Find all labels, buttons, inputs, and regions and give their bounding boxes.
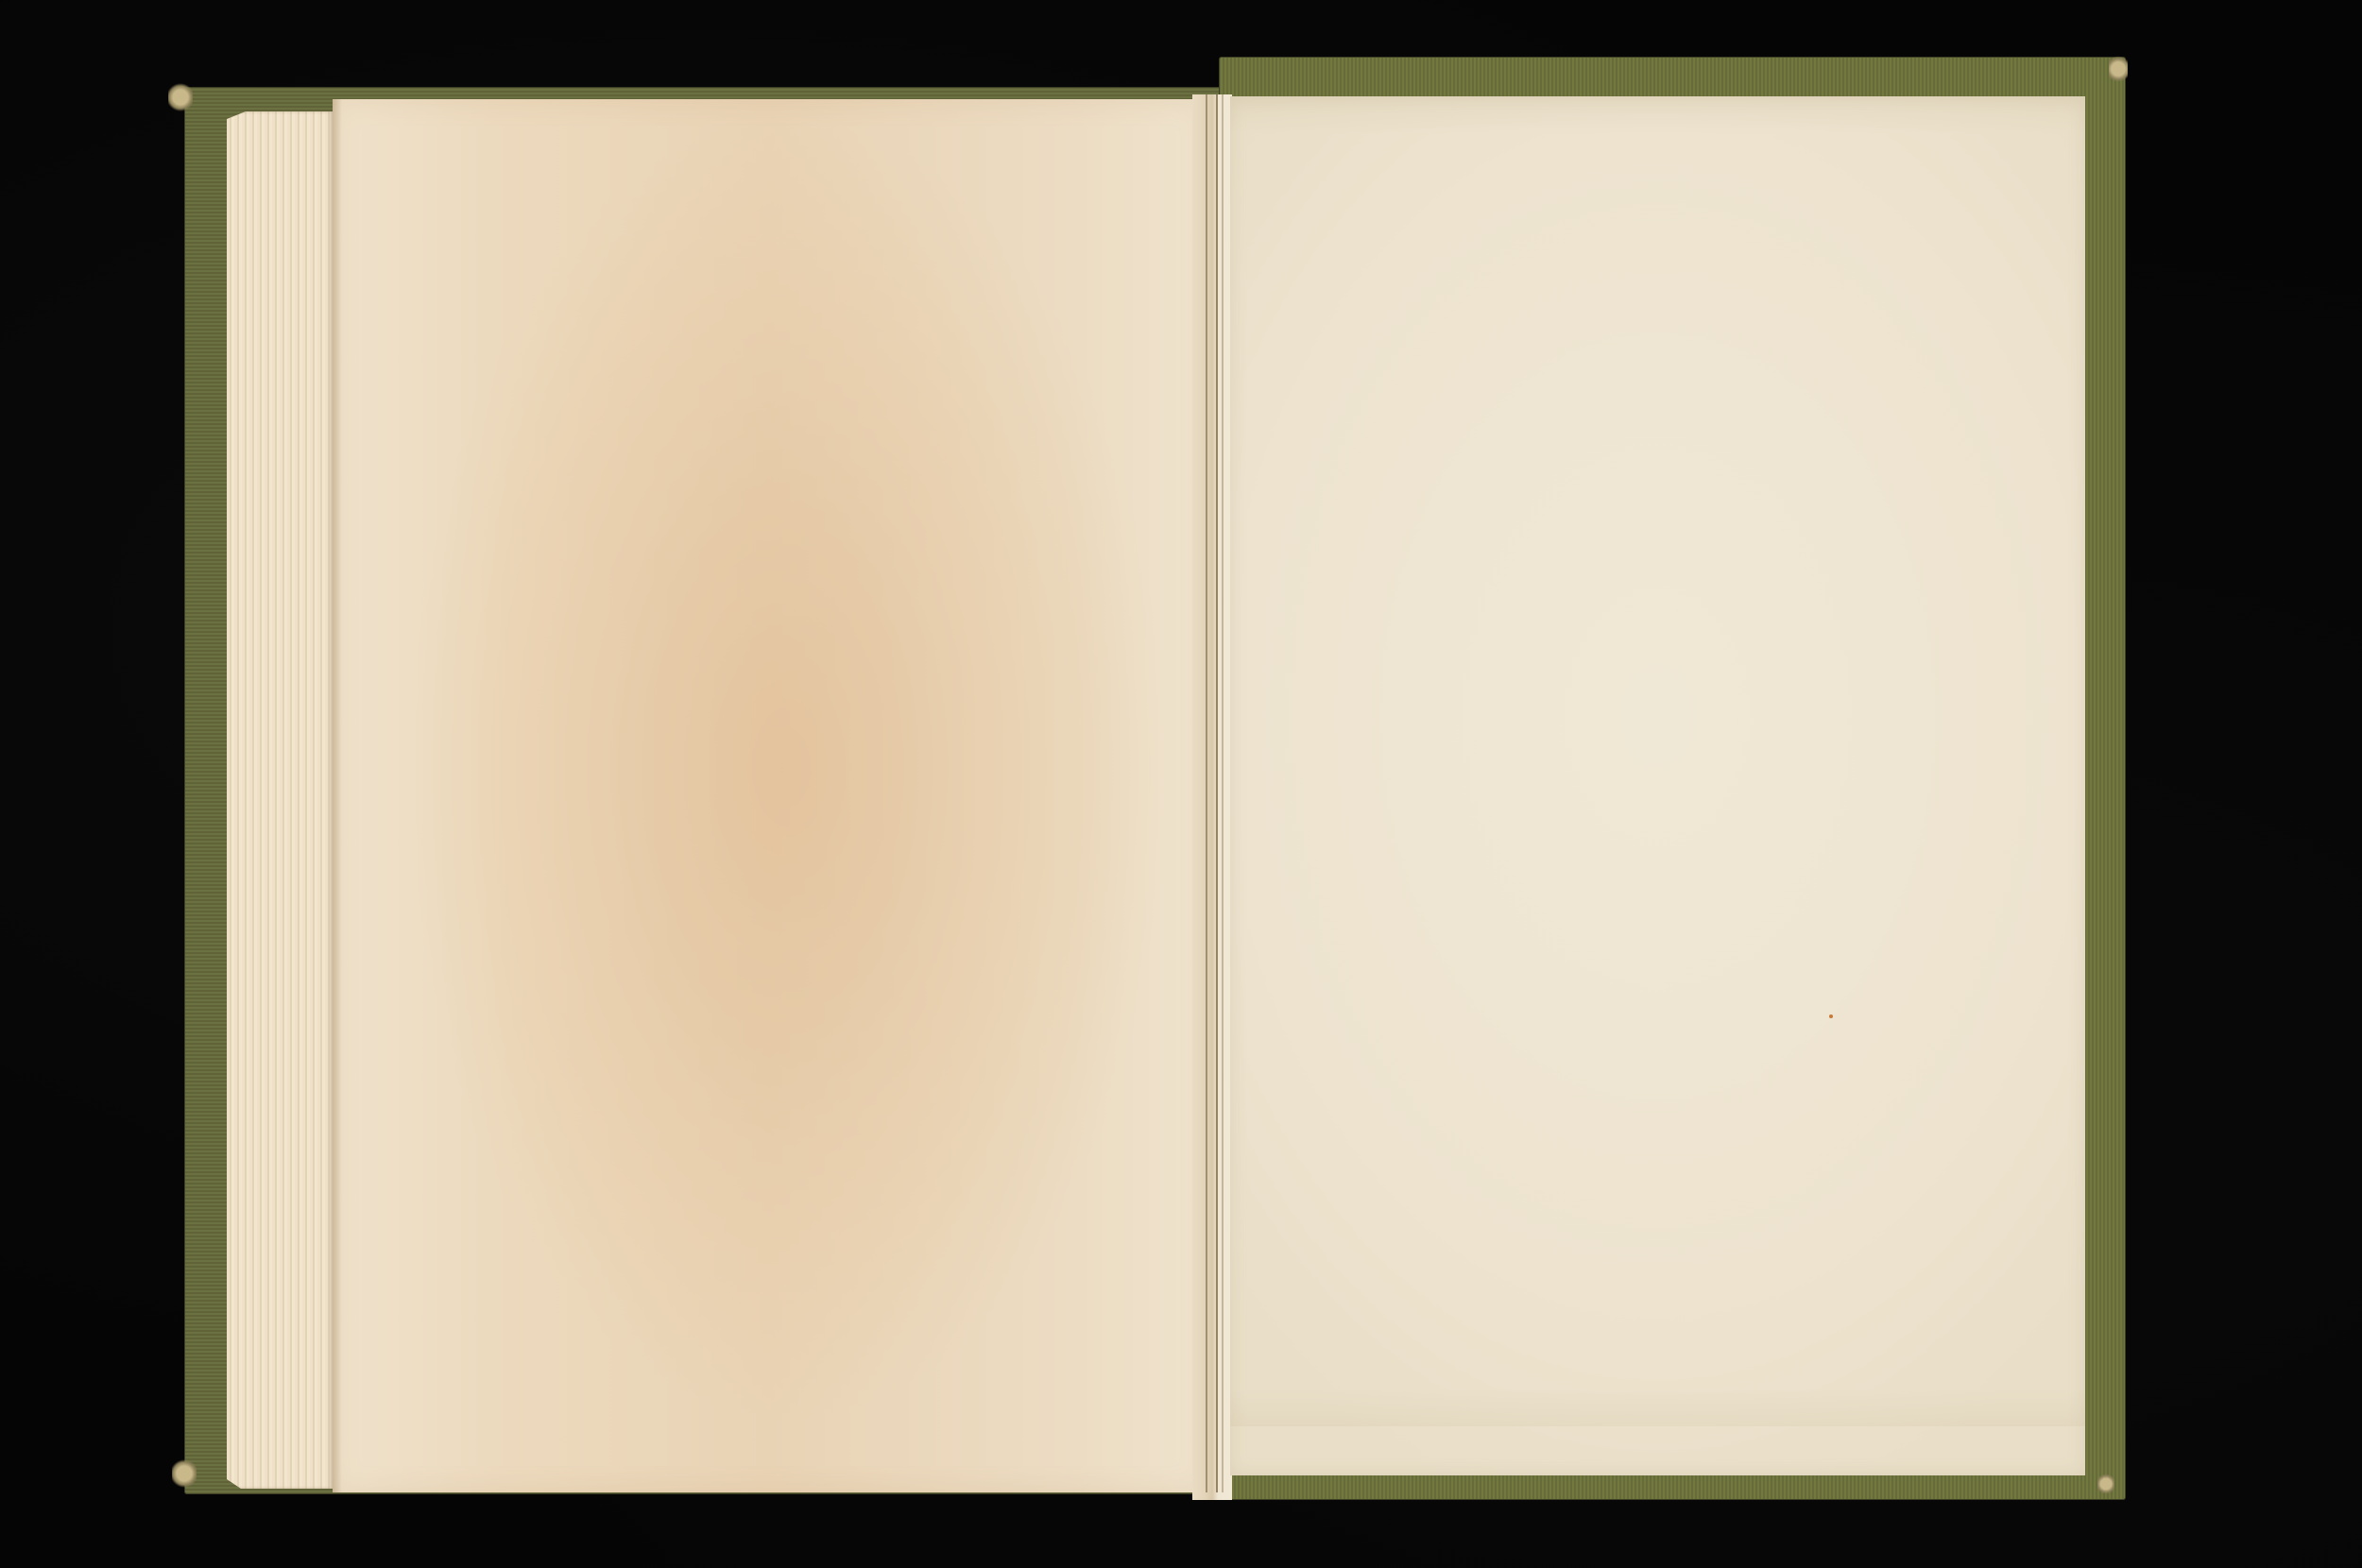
cloth-turn-in-shadow-bottom bbox=[1230, 1389, 2085, 1426]
book-gutter bbox=[1192, 94, 1232, 1500]
frayed-corner-bottom-left bbox=[172, 1459, 197, 1488]
frayed-corner-top-left bbox=[168, 83, 193, 111]
gutter-crease-line bbox=[1222, 94, 1224, 1492]
right-pastedown-blank bbox=[1230, 96, 2085, 1475]
left-page-blank bbox=[333, 99, 1207, 1492]
gutter-crease-line bbox=[1206, 94, 1207, 1492]
worn-corner-bottom-right bbox=[2097, 1474, 2114, 1494]
gutter-crease-line bbox=[1216, 94, 1218, 1492]
paper-speck bbox=[1829, 1014, 1833, 1018]
worn-corner-top-right bbox=[2109, 55, 2128, 83]
left-page-hinge-shadow bbox=[333, 99, 342, 1492]
page-edge-stack bbox=[227, 111, 333, 1489]
cloth-turn-in-shadow-top bbox=[1230, 96, 2085, 134]
